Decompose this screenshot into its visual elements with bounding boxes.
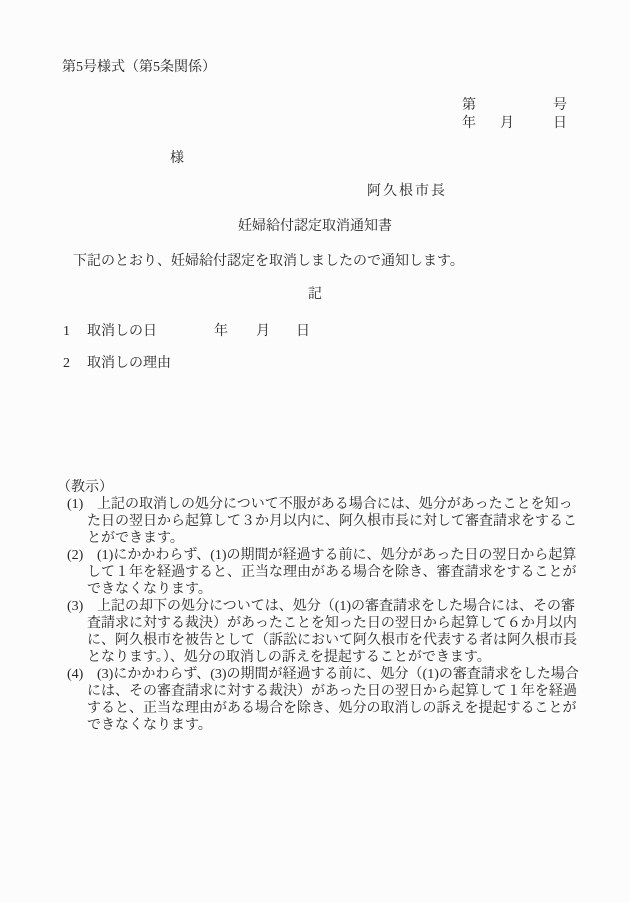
kyoji-item-3-line: 上記の却下の処分については、処分（(1)の審査請求をした場合には、その審 xyxy=(97,598,597,615)
kyoji-heading: （教示） xyxy=(57,479,597,496)
document-page: 第5号様式（第5条関係） 第 号 年 月 日 様 阿久根市長 妊婦給付認定取消通… xyxy=(0,0,630,903)
date-day-label: 日 xyxy=(553,115,567,132)
kyoji-item-1-number: (1) xyxy=(67,496,83,513)
kyoji-item-4: (4) (3)にかかわらず、(3)の期間が経過する前に、処分（(1)の審査請求を… xyxy=(57,666,597,734)
item-1-year-label: 年 xyxy=(214,323,228,340)
kyoji-item-2-line: できなくなります。 xyxy=(87,581,597,598)
kyoji-item-3-line: 査請求に対する裁決）があったことを知った日の翌日から起算して６か月以内 xyxy=(87,615,597,632)
doc-number-prefix: 第 xyxy=(462,97,476,114)
kyoji-item-4-line: できなくなります。 xyxy=(87,717,597,734)
form-number: 第5号様式（第5条関係） xyxy=(62,59,216,76)
kyoji-item-2-number: (2) xyxy=(67,547,83,564)
kyoji-item-4-line: には、その審査請求に対する裁決）があった日の翌日から起算して１年を経過 xyxy=(87,683,597,700)
kyoji-item-1-line: とができます。 xyxy=(87,530,597,547)
kyoji-item-3-number: (3) xyxy=(67,598,83,615)
kyoji-item-3-line: に、阿久根市を被告として（訴訟において阿久根市を代表する者は阿久根市長 xyxy=(87,632,597,649)
kyoji-item-3: (3) 上記の却下の処分については、処分（(1)の審査請求をした場合には、その審… xyxy=(57,598,597,666)
item-1-label: 取消しの日 xyxy=(87,323,157,340)
kyoji-item-4-line: (3)にかかわらず、(3)の期間が経過する前に、処分（(1)の審査請求をした場合 xyxy=(97,666,597,683)
reason-blank-space xyxy=(87,375,557,470)
kyoji-item-2: (2) (1)にかかわらず、(1)の期間が経過する前に、処分があった日の翌日から… xyxy=(57,547,597,598)
kyoji-item-4-line: すると、正当な理由がある場合を除き、処分の取消しの訴えを提起することが xyxy=(87,700,597,717)
item-2-number: 2 xyxy=(63,355,70,372)
date-month-label: 月 xyxy=(500,115,514,132)
kyoji-item-1: (1) 上記の取消しの処分について不服がある場合には、処分があったことを知っ た… xyxy=(57,496,597,547)
document-title: 妊婦給付認定取消通知書 xyxy=(0,218,630,235)
item-1-month-label: 月 xyxy=(256,323,270,340)
item-1-day-label: 日 xyxy=(296,323,310,340)
item-2-label: 取消しの理由 xyxy=(87,355,171,372)
kyoji-item-1-line: 上記の取消しの処分について不服がある場合には、処分があったことを知っ xyxy=(97,496,597,513)
kyoji-item-3-line: となります。）、処分の取消しの訴えを提起することができます。 xyxy=(87,649,597,666)
item-1-number: 1 xyxy=(63,323,70,340)
kyoji-section: （教示） (1) 上記の取消しの処分について不服がある場合には、処分があったこと… xyxy=(57,479,597,734)
body-text: 下記のとおり、妊婦給付認定を取消しましたので通知します。 xyxy=(73,253,464,270)
kyoji-item-2-line: して１年を経過すると、正当な理由がある場合を除き、審査請求をすることが xyxy=(87,564,597,581)
kyoji-item-4-number: (4) xyxy=(67,666,83,683)
doc-number-suffix: 号 xyxy=(553,97,567,114)
kyoji-item-2-line: (1)にかかわらず、(1)の期間が経過する前に、処分があった日の翌日から起算 xyxy=(97,547,597,564)
date-year-label: 年 xyxy=(462,115,476,132)
addressee-suffix: 様 xyxy=(170,150,184,167)
kyoji-item-1-line: た日の翌日から起算して３か月以内に、阿久根市長に対して審査請求をするこ xyxy=(87,513,597,530)
ki-marker: 記 xyxy=(0,286,630,303)
sender-name: 阿久根市長 xyxy=(367,183,447,200)
